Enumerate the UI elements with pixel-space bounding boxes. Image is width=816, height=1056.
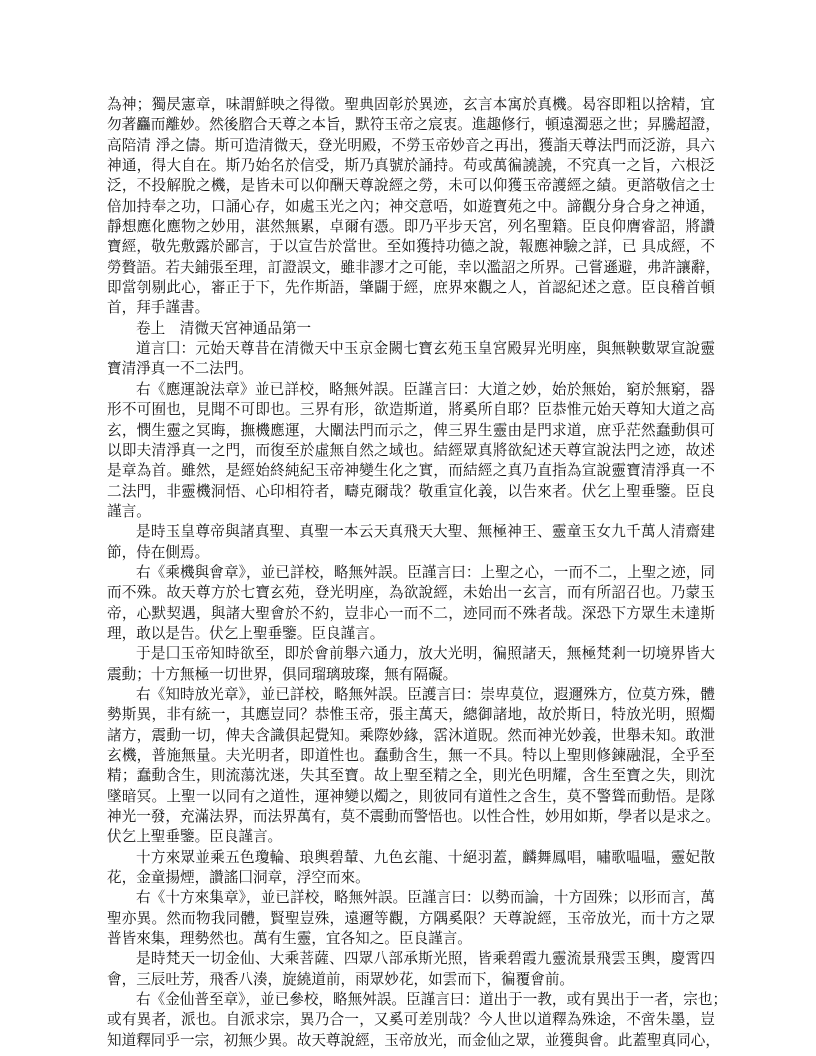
text-line: 神通，得大自在。斯乃始名於信受，斯乃真號於誦持。苟或萬徧譊譊，不究真一之旨，六根… <box>107 156 715 176</box>
text-line: 勢斯異，非有統一，其應豈同？恭惟玉帝，張主萬天，總御諸地，故於斯日，特放光明，照… <box>107 705 715 725</box>
text-line: 玄，憫生靈之冥晦，撫機應運，大闡法門而示之，俾三界生靈由是門求道，庶乎茫然蠢動俱… <box>107 421 715 441</box>
text-line: 為神；獨昃憲章，味謂鮮映之得徵。聖典固彰於異迹，玄言本寓於真機。曷容即粗以捨精，… <box>107 95 715 115</box>
text-line: 玄機，普施無量。夫光明者，即道性也。蠢動含生，無一不具。特以上聖則修鍊融混，全乎… <box>107 746 715 766</box>
text-line: 帝，心默契遇，與諸大聖會於不約，豈非心一而不二，迹同而不殊者哉。深恐下方眾生未達… <box>107 604 715 624</box>
text-line: 勿著麤而離妙。然後脗合天尊之本旨，默符玉帝之宸衷。進趣修行，頓遠濁惡之世；昇騰超… <box>107 115 715 135</box>
text-line: 形不可囿也，見聞不可即也。三界有形，欲造斯道，將奚所自耶？臣恭惟元始天尊知大道之… <box>107 400 715 420</box>
text-line: 右《應運說法章》並已詳校，略無舛誤。臣謹言曰：大道之妙，始於無始，窮於無窮，器 <box>107 380 715 400</box>
text-line: 聖亦異。然而物我同體，賢聖豈殊，遠邇等觀，方隅奚限？天尊說經，玉帝放光，而十方之… <box>107 909 715 929</box>
text-line: 是時梵天一切金仙、大乘菩薩、四眾八部承斯光照，皆乘碧霞九靈流景飛雲玉輿，慶霄四 <box>107 949 715 969</box>
text-line: 泛，不投解脫之機，是皆未可以仰酬天尊說經之勞，未可以仰獲玉帝護經之績。更諮敬信之… <box>107 176 715 196</box>
text-line: 右《金仙普至章》，並已參校，略無舛誤。臣謹言曰：道出于一教，或有異出于一者，宗也… <box>107 990 715 1010</box>
text-line: 諸方，震動一切，俾夫含識俱起覺知。乘際妙緣，霑沐道貺。然而神光妙義，世舉未知。敢… <box>107 726 715 746</box>
text-line: 節，侍在側焉。 <box>107 543 715 563</box>
text-line: 精；蠢動含生，則流蕩沈迷，失其至寶。故上聖至精之全，則光色明耀，含生至寶之失，則… <box>107 766 715 786</box>
text-line: 墜暗冥。上聖一以同有之道性，運神變以燭之，則彼同有道性之含生，莫不警聳而動悟。是… <box>107 787 715 807</box>
text-line: 是章為首。雖然，是經始終純紀玉帝神變生化之實，而結經之真乃直指為宣說靈寶清淨真一… <box>107 461 715 481</box>
text-line: 震動；十方無極一切世界，俱同瑠璃玻璨，無有隔礙。 <box>107 665 715 685</box>
text-line: 或有異者，派也。自派求宗，異乃合一，又奚可差別哉？今人世以道釋為殊途，不啻朱墨，… <box>107 1010 715 1030</box>
text-line: 右《知時放光章》，並已詳校，略無舛誤。臣護言曰：崇卑莫位，遐邇殊方，位莫方殊，體 <box>107 685 715 705</box>
text-line: 于是囗玉帝知時欲至，即於會前舉六通力，放大光明，徧照諸天，無極梵剎一切境界皆大 <box>107 644 715 664</box>
text-line: 右《十方來集章》，並已詳校，略無舛誤。臣謹言曰：以勢而論，十方固殊；以形而言，萬 <box>107 888 715 908</box>
text-line: 靜想應化應物之妙用，湛然無累，卓爾有憑。即乃平步天宮，列名聖籍。臣良仰膺睿詔，將… <box>107 217 715 237</box>
text-line: 會，三辰吐芳，飛香八湊，旋繞道前，雨眾妙花，如雲而下，徧覆會前。 <box>107 970 715 990</box>
text-line: 倍加持奉之功，口誦心存，如處玉光之內；神交意唔，如遊寶苑之中。諦觀分身合身之神通… <box>107 197 715 217</box>
text-line: 高陪清 淨之儔。斯可造清微天，登光明殿，不勞玉帝妙音之再出，獲詣天尊法門而泛游，… <box>107 136 715 156</box>
text-line: 寶經，敬先敷露於鄙言，于以宣告於當世。至如獲持功德之說，報應神驗之詳，已 具成經… <box>107 237 715 257</box>
text-line: 寶清淨真一不二法門。 <box>107 359 715 379</box>
text-line: 知道釋同乎一宗，初無少異。故天尊說經，玉帝放光，而金仙之眾，並獲與會。此蓋聖真同… <box>107 1031 715 1051</box>
text-line: 謹言。 <box>107 502 715 522</box>
text-line: 普皆來集，理勢然也。萬有生靈，宜各知之。臣良謹言。 <box>107 929 715 949</box>
text-line: 右《乘機與會章》，並已詳校，略無舛誤。臣謹言曰：上聖之心，一而不二，上聖之迹，同 <box>107 563 715 583</box>
text-line: 花，金童揚煙，讚謠囗洞章，浮空而來。 <box>107 868 715 888</box>
text-line: 卷上 清微天宮神通品第一 <box>107 319 715 339</box>
text-line: 理，敢以是告。伏乞上聖垂鑒。臣良謹言。 <box>107 624 715 644</box>
document-page: 為神；獨昃憲章，味謂鮮映之得徵。聖典固彰於異迹，玄言本寓於真機。曷容即粗以捨精，… <box>0 0 816 1056</box>
text-line: 勞贅語。若夫鋪張至理，訂證誤文，雖非謬才之可能，幸以濫詔之所界。己嘗遜避，弗許讓… <box>107 258 715 278</box>
document-body: 為神；獨昃憲章，味謂鮮映之得徵。聖典固彰於異迹，玄言本寓於真機。曷容即粗以捨精，… <box>107 95 715 1051</box>
text-line: 而不殊。故天尊方於七寶玄苑，登光明座，為欲說經，未始出一玄言，而有所詔召也。乃蒙… <box>107 583 715 603</box>
text-line: 二法門，非靈機洞悟、心印相符者，疇克爾哉？敬重宣化義，以告來者。伏乞上聖垂鑒。臣… <box>107 482 715 502</box>
text-line: 伏乞上聖垂鑒。臣良謹言。 <box>107 827 715 847</box>
text-line: 即當刳剔此心，審正于下，先作斯語，肇闢于經，庶界來觀之人，首認紀述之意。臣良稽首… <box>107 278 715 298</box>
text-line: 道言囗：元始天尊昔在清微天中玉京金闕七寶玄苑玉皇宮殿昇光明座，與無鞅數眾宣說靈 <box>107 339 715 359</box>
text-line: 以即夫清淨真一之門，而復至於虛無自然之域也。結經眾真將欲紀述天尊宣說法門之迹，故… <box>107 441 715 461</box>
text-line: 首，拜手謹書。 <box>107 298 715 318</box>
text-line: 神光一發，充滿法界，而法界萬有，莫不震動而警悟也。以性合性，妙用如斯，學者以是求… <box>107 807 715 827</box>
text-line: 十方來眾並乘五色瓊輪、琅輿碧輦、九色玄龍、十絕羽蓋，麟舞鳳唱，嘯歌嗢嗢，靈妃散 <box>107 848 715 868</box>
text-line: 是時玉皇尊帝與諸真聖、真聖一本云天真飛天大聖、無極神王、靈童玉女九千萬人清齋建 <box>107 522 715 542</box>
